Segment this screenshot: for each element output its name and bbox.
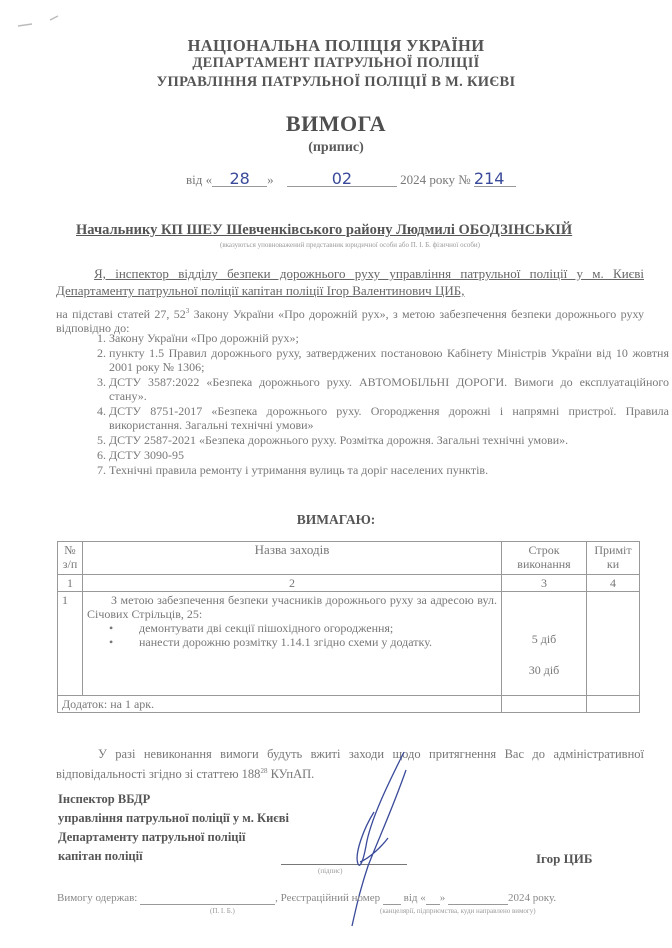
reference-item: пункту 1.5 Правил дорожнього руху, затве… (109, 346, 669, 374)
date-mid: » (267, 172, 274, 187)
reference-list: Закону України «Про дорожній рух»; пункт… (84, 331, 669, 478)
reg-year: 2024 року. (508, 892, 556, 904)
row-terms: 5 діб 30 діб (502, 592, 587, 696)
document-number-field: 214 (474, 172, 516, 187)
col-number: 3 (502, 575, 587, 592)
signatory-line: Інспектор ВБДР (58, 790, 289, 809)
header-name: Назва заходів (83, 542, 502, 575)
date-line: від «28» 02 2024 року № 214 (186, 172, 516, 188)
reference-item: ДСТУ 2587-2021 «Безпека дорожнього руху.… (109, 433, 669, 447)
header-term: Строк виконання (502, 542, 587, 575)
reg-label: , Реєстраційний номер (275, 892, 380, 904)
measure-item: нанести дорожню розмітку 1.14.1 згідно с… (139, 635, 497, 649)
signatory-line: капітан поліції (58, 847, 289, 866)
table-row: 1 З метою забезпечення безпеки учасників… (58, 592, 640, 696)
empty-cell (587, 696, 640, 713)
addressee-note: (вказуються уповноважений представник юр… (0, 241, 672, 249)
date-year: 2024 року № (400, 172, 471, 187)
date-day-field: 28 (212, 172, 267, 187)
org-name: НАЦІОНАЛЬНА ПОЛІЦІЯ УКРАЇНИ (0, 36, 672, 56)
warning-text-2: КУпАП. (267, 767, 314, 781)
signatory-name: Ігор ЦИБ (536, 851, 592, 867)
reg-close: » (440, 892, 446, 904)
header-note: Приміт ки (587, 542, 640, 575)
reg-month-field (448, 892, 508, 905)
reference-item: ДСТУ 3587:2022 «Безпека дорожнього руху.… (109, 375, 669, 403)
term-value: 5 діб (506, 632, 582, 663)
reg-day-field (426, 892, 440, 905)
reference-item: ДСТУ 8751-2017 «Безпека дорожнього руху.… (109, 404, 669, 432)
organization-note: (канцелярії, підприємства, куди направле… (380, 907, 536, 915)
signatory-block: Інспектор ВБДР управління патрульної пол… (58, 790, 289, 866)
reference-item: ДСТУ 3090-95 (109, 448, 669, 462)
signatory-line: управління патрульної поліції у м. Києві (58, 809, 289, 828)
measure-intro: З метою забезпечення безпеки учасників д… (87, 593, 497, 621)
measure-list: демонтувати дві секції пішохідного огоро… (87, 621, 497, 649)
addressee: Начальнику КП ШЕУ Шевченківського району… (76, 222, 572, 239)
recipient-name-note: (П. І. Б.) (210, 907, 235, 915)
reference-item: Технічні правила ремонту і утримання вул… (109, 463, 669, 477)
receipt-label: Вимогу одержав: (57, 892, 137, 904)
table-header-row: № з/п Назва заходів Строк виконання Прим… (58, 542, 640, 575)
row-note (587, 592, 640, 696)
document-subtitle: (припис) (0, 140, 672, 156)
col-number: 4 (587, 575, 640, 592)
document-title: ВИМОГА (0, 111, 672, 137)
measures-table: № з/п Назва заходів Строк виконання Прим… (57, 541, 640, 713)
col-number: 1 (58, 575, 83, 592)
row-measures: З метою забезпечення безпеки учасників д… (83, 592, 502, 696)
date-prefix: від « (186, 172, 212, 187)
empty-cell (502, 696, 587, 713)
date-month-field: 02 (287, 172, 397, 187)
term-value: 30 діб (506, 663, 582, 694)
col-number: 2 (83, 575, 502, 592)
attachment-note: Додаток: на 1 арк. (58, 696, 502, 713)
header-num: № з/п (58, 542, 83, 575)
column-number-row: 1 2 3 4 (58, 575, 640, 592)
reg-from: від « (404, 892, 426, 904)
department-name: ДЕПАРТАМЕНТ ПАТРУЛЬНОЇ ПОЛІЦІЇ (0, 55, 672, 72)
inspector-statement: Я, інспектор відділу безпеки дорожнього … (56, 265, 644, 299)
row-num: 1 (58, 592, 83, 696)
table-footer-row: Додаток: на 1 арк. (58, 696, 640, 713)
signatory-line: Департаменту патрульної поліції (58, 828, 289, 847)
demand-heading: ВИМАГАЮ: (0, 512, 672, 528)
reg-number-field (383, 892, 401, 905)
directorate-name: УПРАВЛІННЯ ПАТРУЛЬНОЇ ПОЛІЦІЇ В М. КИЄВІ (0, 74, 672, 91)
reference-item: Закону України «Про дорожній рух»; (109, 331, 669, 345)
receipt-line: Вимогу одержав: , Реєстраційний номер ві… (57, 892, 556, 905)
measure-item: демонтувати дві секції пішохідного огоро… (139, 621, 497, 635)
recipient-name-field (140, 892, 275, 905)
basis-text-1: на підставі статей 27, 52 (56, 307, 186, 321)
